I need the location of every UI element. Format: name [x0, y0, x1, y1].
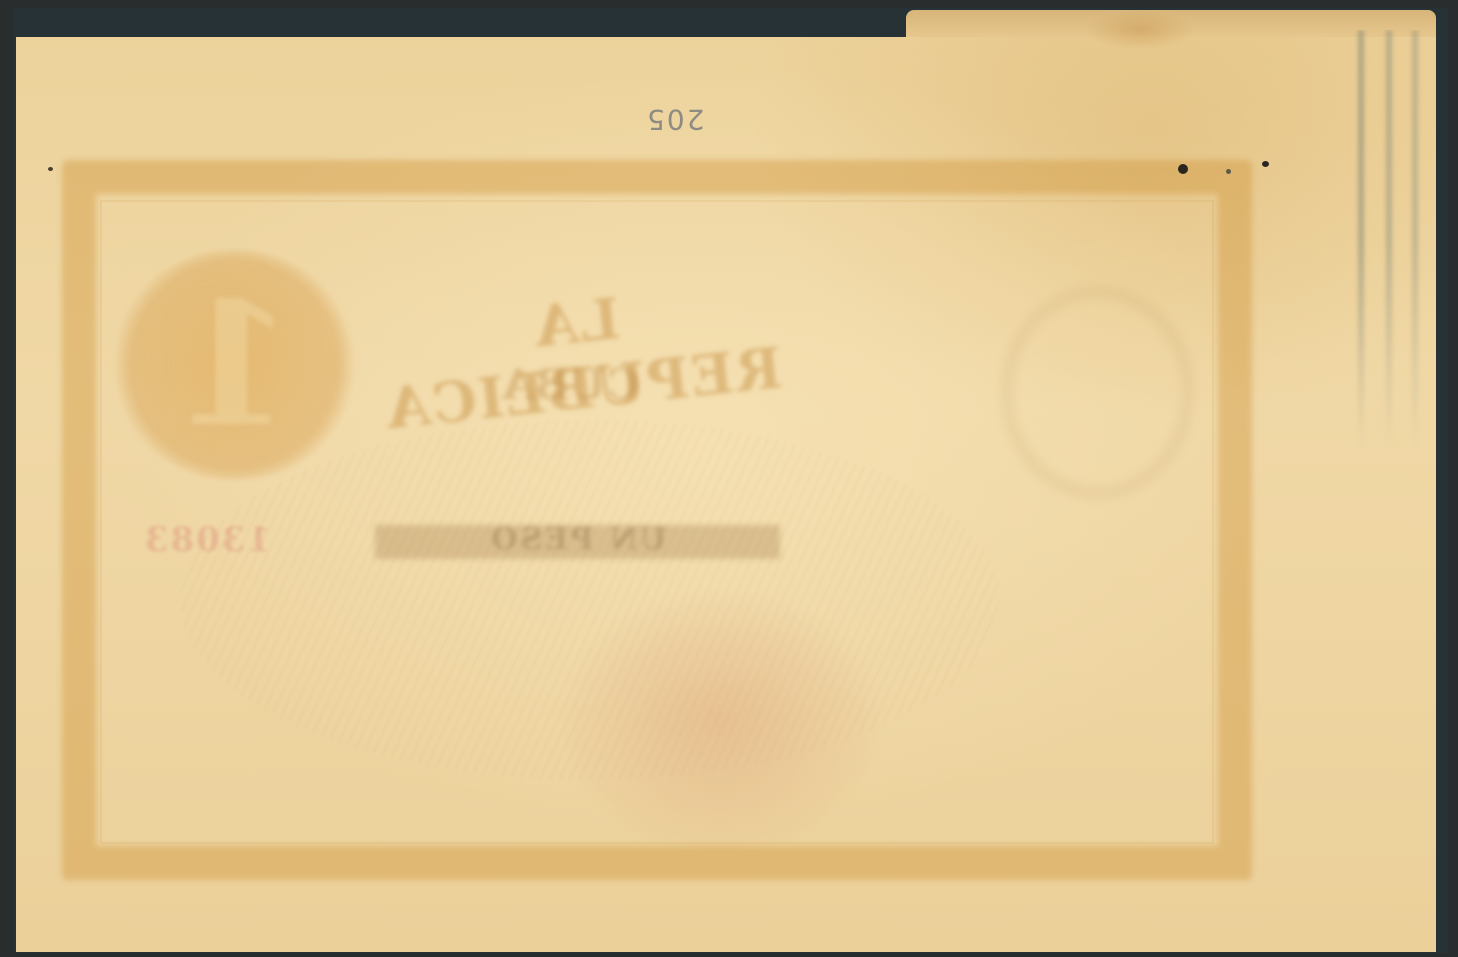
vertical-stain-lines: [1350, 30, 1430, 450]
mirrored-subtitle: CUBA: [520, 360, 640, 409]
ink-spot: [48, 167, 53, 171]
ink-spot: [1262, 161, 1269, 167]
mirrored-value-line: UN PESO: [375, 522, 780, 557]
pencil-annotation: 205: [645, 103, 704, 136]
mirrored-serial-number: 13083: [112, 520, 302, 560]
ink-spot: [1226, 169, 1231, 174]
ink-spot: [1178, 164, 1188, 174]
top-edge-stain: [1085, 10, 1195, 50]
denomination-numeral: 1: [112, 250, 357, 480]
portrait-medallion-right: [1000, 285, 1195, 500]
